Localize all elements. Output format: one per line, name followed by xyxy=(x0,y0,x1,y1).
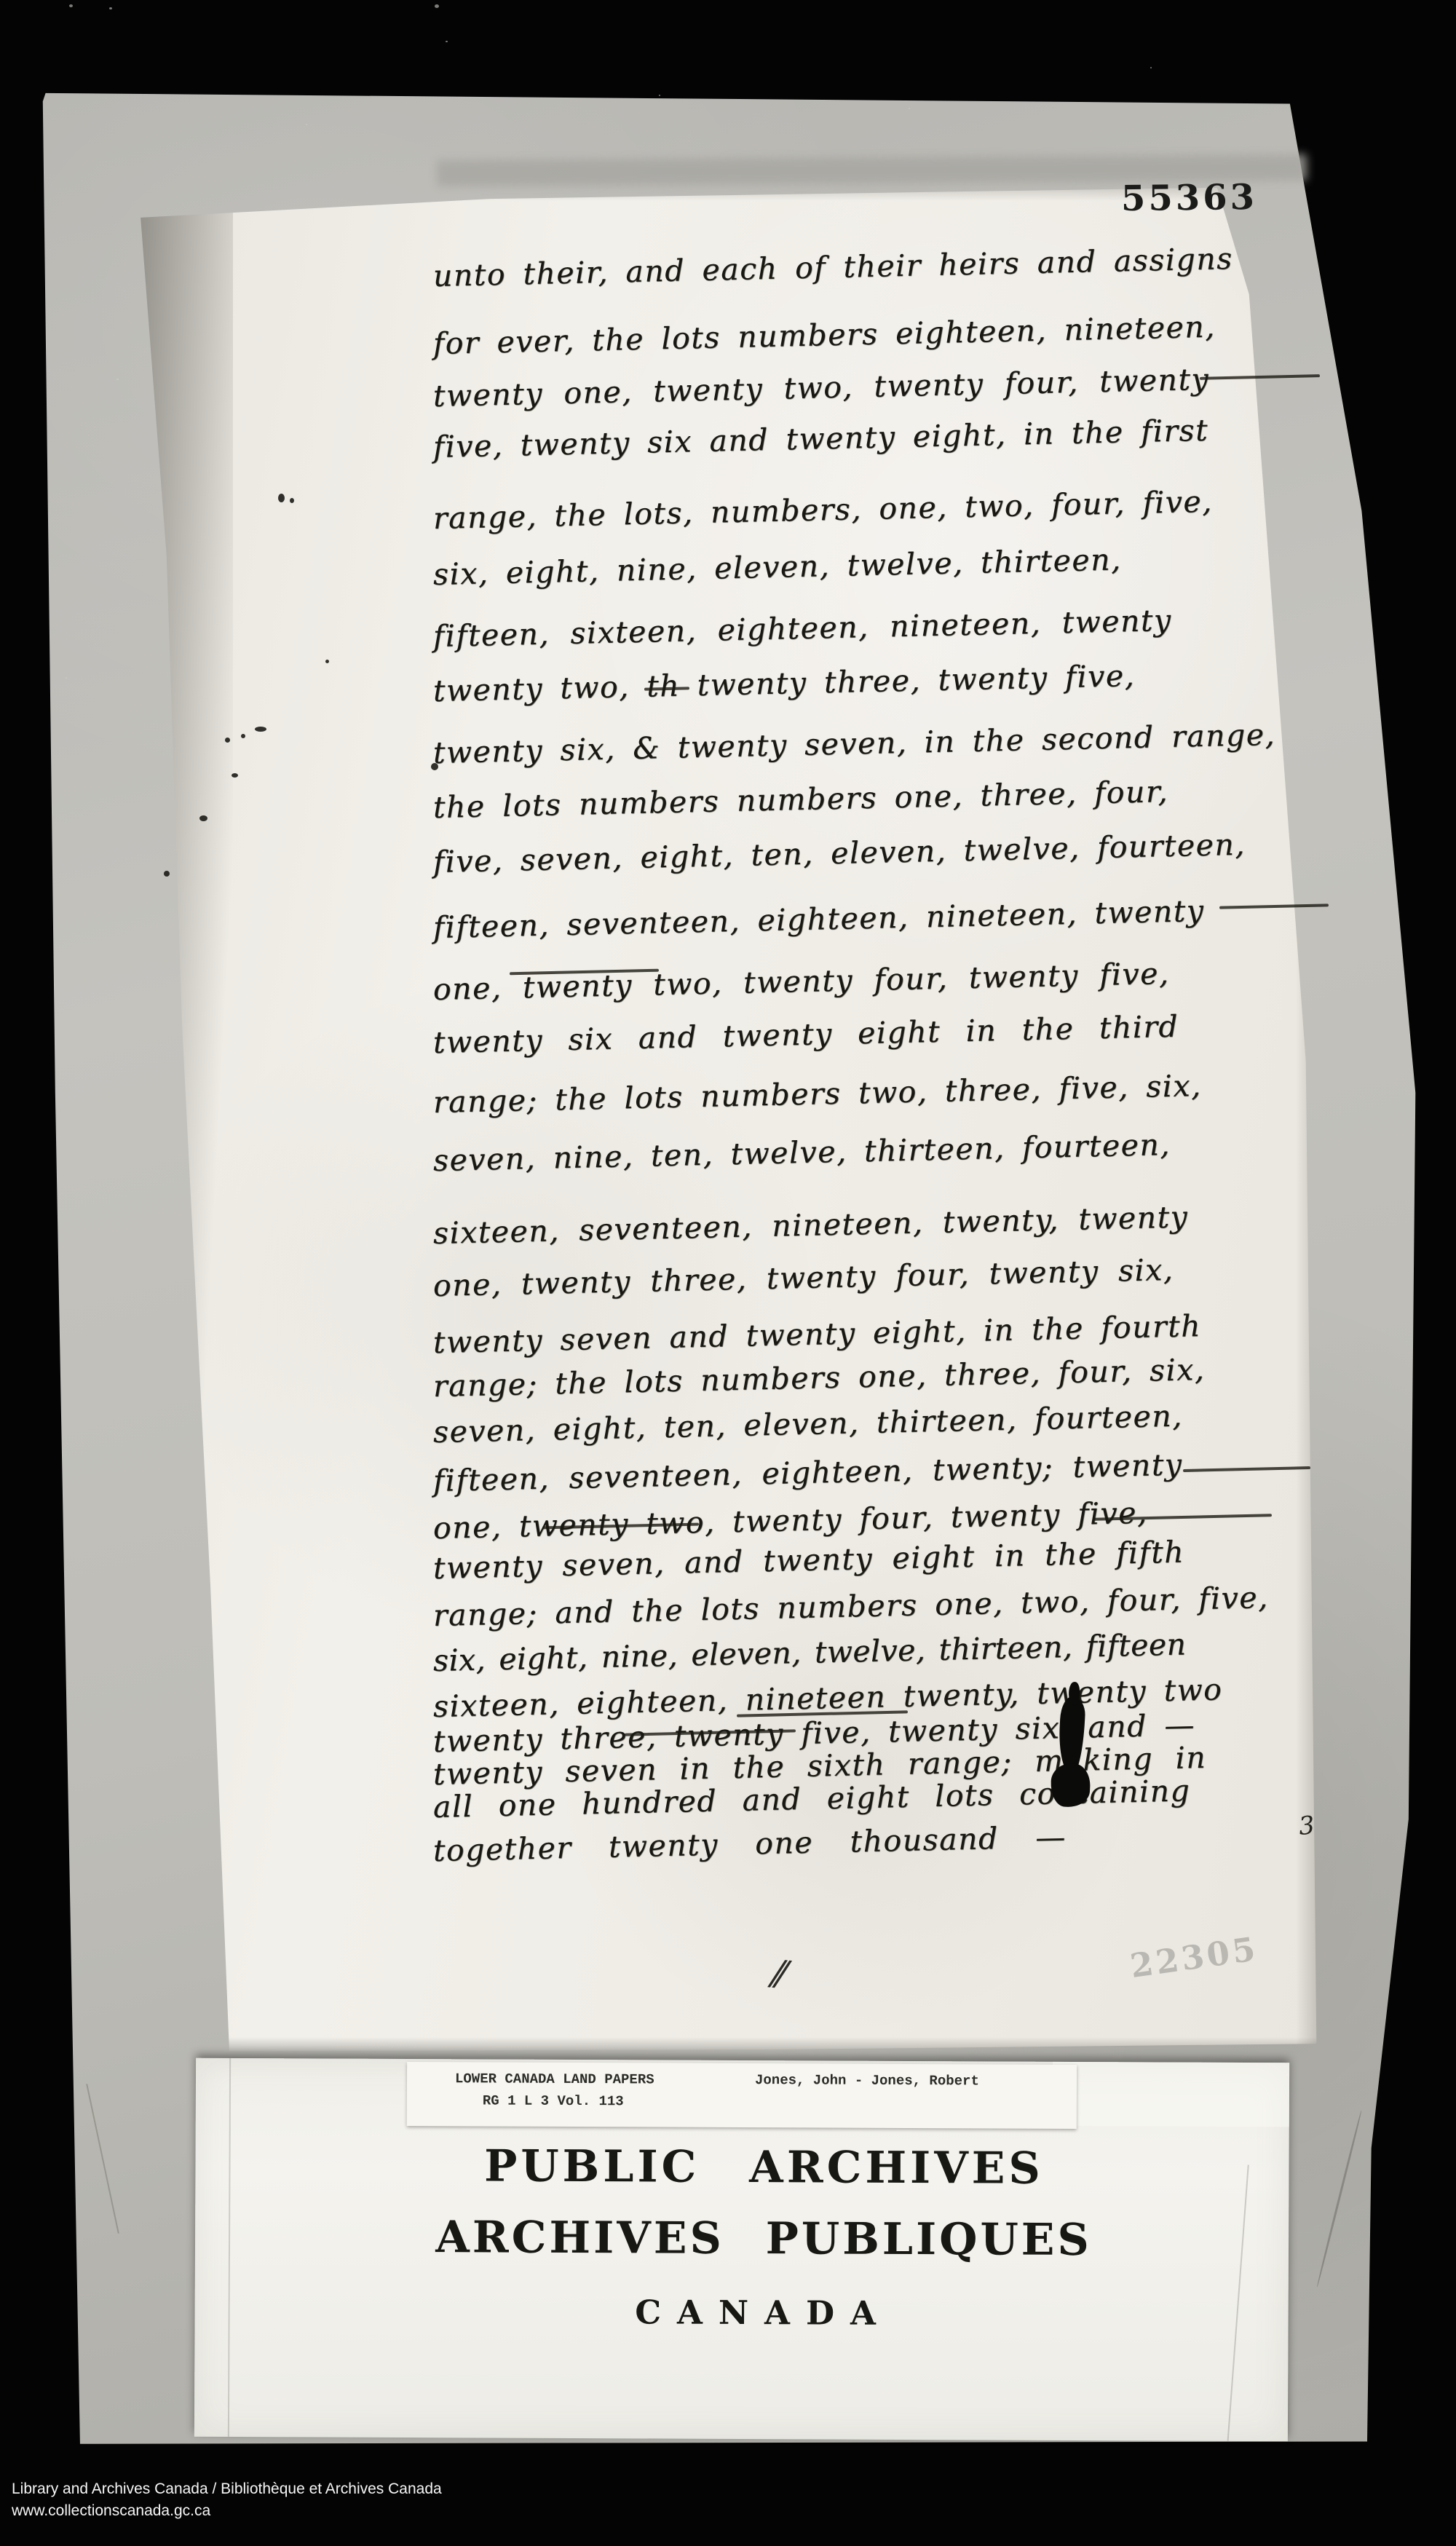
card-top-strip xyxy=(1053,2062,1289,2127)
handwritten-line: twenty six and twenty eight in the third xyxy=(432,1009,1179,1060)
ink-spot xyxy=(225,738,230,743)
label-collection: LOWER CANADA LAND PAPERS xyxy=(455,2071,654,2087)
handwritten-line: one, twenty three, twenty four, twenty s… xyxy=(432,1252,1174,1303)
footer: Library and Archives Canada / Bibliothèq… xyxy=(12,2478,442,2522)
ink-spot xyxy=(278,494,285,502)
film-grain-speck xyxy=(116,379,119,380)
handwritten-line: twenty six, & twenty seven, in the secon… xyxy=(432,717,1275,770)
handwritten-line: five, twenty six and twenty eight, in th… xyxy=(432,413,1208,464)
ink-spot xyxy=(431,763,438,770)
handwritten-line: one, twenty two, twenty four, twenty fiv… xyxy=(432,956,1169,1007)
handwritten-line: fifteen, seventeen, eighteen, twenty; tw… xyxy=(432,1447,1182,1498)
handwritten-line: range, the lots, numbers, one, two, four… xyxy=(432,484,1213,536)
footer-url[interactable]: www.collectionscanada.gc.ca xyxy=(12,2500,442,2522)
handwritten-line: range; the lots numbers two, three, five… xyxy=(432,1068,1201,1120)
film-grain-speck xyxy=(109,7,112,9)
archive-card: LOWER CANADA LAND PAPERS Jones, John - J… xyxy=(194,2058,1289,2442)
marginal-ink-digit: 3 xyxy=(1297,1811,1316,1841)
ink-spot xyxy=(164,871,170,877)
film-grain-speck xyxy=(306,124,307,125)
ink-spot xyxy=(232,773,238,778)
handwritten-line: six, eight, nine, eleven, twelve, thirte… xyxy=(432,1626,1186,1678)
card-title-country: CANADA xyxy=(217,2291,1310,2335)
handwritten-line: sixteen, seventeen, nineteen, twenty, tw… xyxy=(432,1199,1188,1251)
card-title-english: PUBLIC ARCHIVES xyxy=(217,2140,1310,2196)
card-title-french: ARCHIVES PUBLIQUES xyxy=(217,2211,1310,2267)
handwritten-line: range; the lots numbers one, three, four… xyxy=(432,1352,1205,1404)
handwritten-line: seven, nine, ten, twelve, thirteen, four… xyxy=(432,1127,1171,1178)
film-grain-speck xyxy=(69,4,73,7)
footer-attribution: Library and Archives Canada / Bibliothèq… xyxy=(12,2478,442,2500)
microfilm-frame: 55363 unto their, and each of their heir… xyxy=(0,0,1456,2546)
handwritten-line: twenty seven and twenty eight, in the fo… xyxy=(432,1308,1201,1360)
handwritten-line: twenty one, twenty two, twenty four, twe… xyxy=(432,362,1209,414)
ink-spot xyxy=(199,815,207,821)
handwritten-line: fifteen, sixteen, eighteen, nineteen, tw… xyxy=(432,603,1172,654)
film-grain-speck xyxy=(446,41,448,42)
handwritten-line: seven, eight, ten, eleven, thirteen, fou… xyxy=(432,1399,1183,1450)
ink-spot xyxy=(290,498,294,503)
catalog-label: LOWER CANADA LAND PAPERS Jones, John - J… xyxy=(407,2062,1077,2129)
label-reference: RG 1 L 3 Vol. 113 xyxy=(483,2092,624,2109)
ink-spot xyxy=(241,734,245,738)
handwritten-line: unto their, and each of their heirs and … xyxy=(432,241,1233,293)
film-grain-speck xyxy=(659,95,660,96)
handwritten-line: the lots numbers numbers one, three, fou… xyxy=(432,774,1168,825)
handwritten-line: together twenty one thousand — xyxy=(432,1819,1067,1868)
film-grain-speck xyxy=(1150,67,1152,68)
label-names: Jones, John - Jones, Robert xyxy=(755,2072,979,2089)
handwritten-line: five, seven, eight, ten, eleven, twelve,… xyxy=(432,827,1246,879)
ink-spot xyxy=(325,660,329,663)
handwritten-line: range; and the lots numbers one, two, fo… xyxy=(432,1580,1269,1633)
handwritten-line: for ever, the lots numbers eighteen, nin… xyxy=(432,309,1216,361)
ink-spot xyxy=(255,727,266,732)
film-grain-speck xyxy=(909,108,910,109)
film-grain-speck xyxy=(66,677,67,679)
film-grain-speck xyxy=(435,4,439,8)
handwritten-line: six, eight, nine, eleven, twelve, thirte… xyxy=(432,542,1122,592)
handwritten-line: fifteen, seventeen, eighteen, nineteen, … xyxy=(432,893,1204,945)
handwritten-line: twenty two, th twenty three, twenty five… xyxy=(432,658,1135,708)
